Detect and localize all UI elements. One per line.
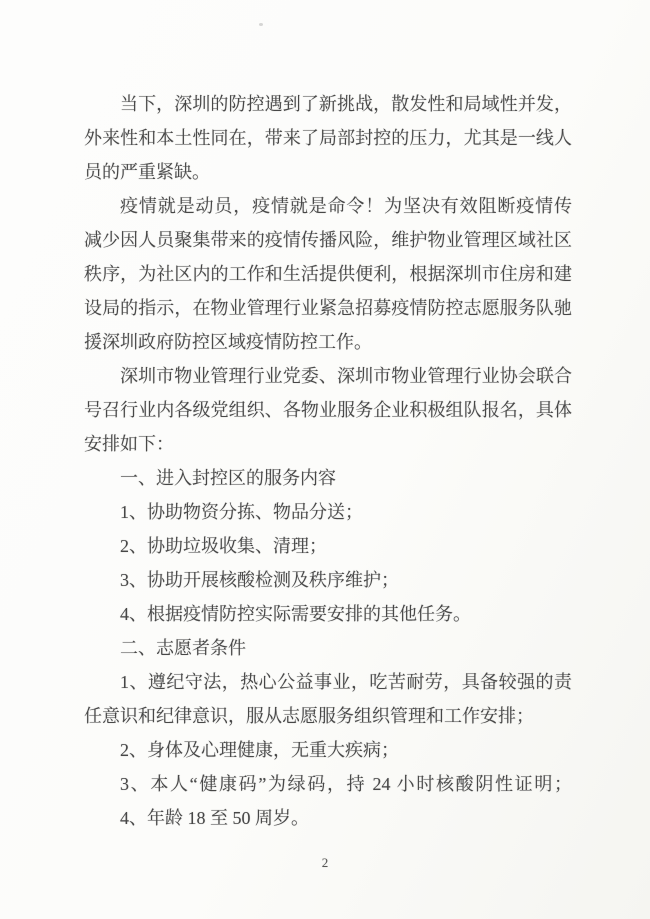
paragraph-line: 安排如下：: [84, 427, 572, 461]
page-number: 2: [0, 855, 650, 871]
section-heading-1: 一、进入封控区的服务内容: [84, 461, 572, 495]
list-item: 3、本人“健康码”为绿码，持 24 小时核酸阴性证明；: [84, 767, 572, 801]
section-heading-2: 二、志愿者条件: [84, 631, 572, 665]
list-item: 1、遵纪守法，热心公益事业，吃苦耐劳，具备较强的责: [84, 665, 572, 699]
list-item: 1、协助物资分拣、物品分送；: [84, 495, 572, 529]
document-page: 当下，深圳的防控遇到了新挑战，散发性和局域性并发， 外来性和本土性同在，带来了局…: [0, 0, 650, 919]
paragraph-line: 秩序，为社区内的工作和生活提供便利，根据深圳市住房和建: [84, 257, 572, 291]
paragraph-line: 外来性和本土性同在，带来了局部封控的压力，尤其是一线人: [84, 121, 572, 155]
list-item: 2、身体及心理健康，无重大疾病；: [84, 733, 572, 767]
paragraph-line: 当下，深圳的防控遇到了新挑战，散发性和局域性并发，: [84, 87, 572, 121]
paragraph-line: 号召行业内各级党组织、各物业服务企业积极组队报名，具体: [84, 393, 572, 427]
paragraph-line: 设局的指示，在物业管理行业紧急招募疫情防控志愿服务队驰: [84, 291, 572, 325]
list-item: 4、年龄 18 至 50 周岁。: [84, 801, 572, 835]
paragraph-line: 援深圳政府防控区域疫情防控工作。: [84, 325, 572, 359]
text-block: 当下，深圳的防控遇到了新挑战，散发性和局域性并发， 外来性和本土性同在，带来了局…: [84, 87, 572, 835]
scan-speck: [259, 23, 263, 26]
paragraph-line: 员的严重紧缺。: [84, 155, 572, 189]
list-item: 2、协助垃圾收集、清理；: [84, 529, 572, 563]
list-item: 3、协助开展核酸检测及秩序维护；: [84, 563, 572, 597]
list-item: 任意识和纪律意识，服从志愿服务组织管理和工作安排；: [84, 699, 572, 733]
paragraph-line: 减少因人员聚集带来的疫情传播风险，维护物业管理区域社区: [84, 223, 572, 257]
list-item: 4、根据疫情防控实际需要安排的其他任务。: [84, 597, 572, 631]
paragraph-line: 疫情就是动员，疫情就是命令！为坚决有效阻断疫情传播，: [84, 189, 572, 223]
paragraph-line: 深圳市物业管理行业党委、深圳市物业管理行业协会联合: [84, 359, 572, 393]
